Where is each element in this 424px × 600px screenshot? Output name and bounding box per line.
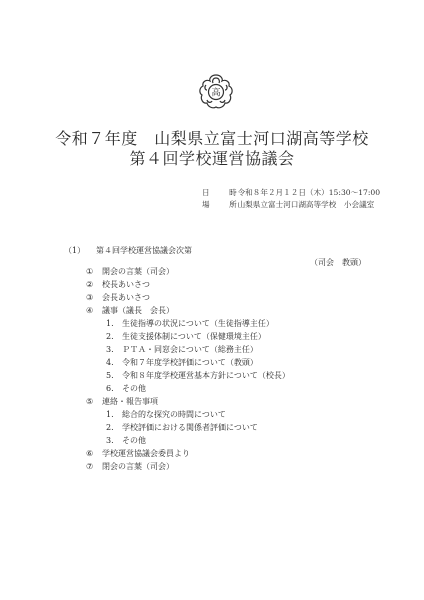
chairperson-note: （司会 教頭）	[310, 257, 366, 268]
agenda-item: ⑥学校運営協議会委員より	[86, 448, 190, 459]
agenda-item: ②校長あいさつ	[86, 279, 150, 290]
agenda-subitem: 4.令和７年度学校評価について（教頭）	[106, 357, 258, 368]
agenda-subitem: 2.学校評価における関係者評価について	[106, 422, 258, 433]
agenda-item: ①開会の言葉（司会）	[86, 266, 174, 277]
agenda-subitem: 6.その他	[106, 383, 146, 394]
meeting-datetime: 日 時：令和８年２月１２日（木）15:30～17:00	[202, 187, 380, 198]
svg-text:高: 高	[211, 87, 220, 99]
place-label: 場 所	[202, 199, 230, 210]
school-emblem-icon: 高	[197, 73, 235, 111]
datetime-label: 日 時	[202, 187, 230, 198]
place-value: ：山梨県立富士河口湖高等学校 小会議室	[230, 200, 374, 209]
document-title-line2: 第４回学校運営協議会	[0, 146, 424, 169]
datetime-value: ：令和８年２月１２日（木）15:30～17:00	[230, 188, 380, 197]
agenda-subitem: 5.令和８年度学校運営基本方針について（校長）	[106, 370, 290, 381]
agenda-item: ⑤連絡・報告事項	[86, 396, 158, 407]
section-heading: （1）第４回学校運営協議会次第	[64, 245, 192, 256]
agenda-subitem: 3.ＰＴＡ・同窓会について（総務主任）	[106, 344, 258, 355]
agenda-item: ③会長あいさつ	[86, 292, 150, 303]
meeting-place: 場 所：山梨県立富士河口湖高等学校 小会議室	[202, 199, 374, 210]
agenda-subitem: 3.その他	[106, 435, 146, 446]
section-number: （1）	[64, 245, 96, 256]
agenda-subitem: 1.生徒指導の状況について（生徒指導主任）	[106, 318, 274, 329]
agenda-item: ⑦閉会の言葉（司会）	[86, 461, 174, 472]
agenda-subitem: 2.生徒支援体制について（保健環境主任）	[106, 331, 266, 342]
agenda-item: ④議事（議長 会長）	[86, 305, 174, 316]
agenda-subitem: 1.総合的な探究の時間について	[106, 409, 226, 420]
section-title: 第４回学校運営協議会次第	[96, 246, 192, 255]
